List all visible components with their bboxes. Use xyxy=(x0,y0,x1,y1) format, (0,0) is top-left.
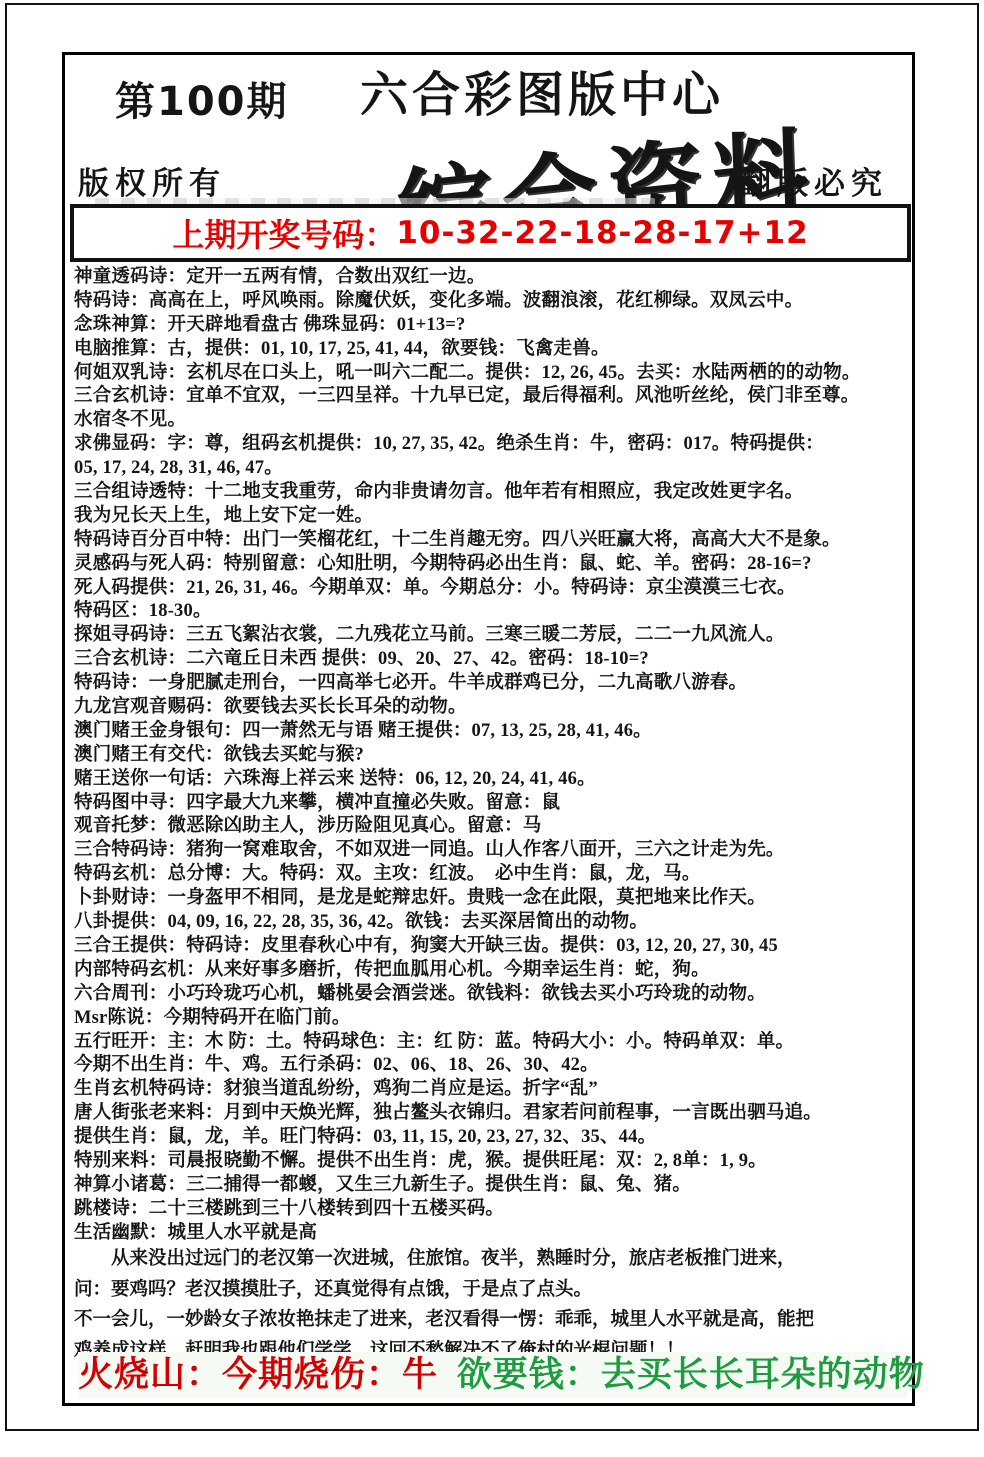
body-line: 死人码提供：21, 26, 31, 46。今期单双：单。今期总分：小。特码诗：京… xyxy=(74,577,907,601)
body-line: 三合玄机诗：宜单不宜双，一三四呈祥。十九早已定，最后得福利。风池听丝纶，侯门非至… xyxy=(74,385,907,409)
body-line: 特别来料：司晨报晓勤不懈。提供不出生肖：虎，猴。提供旺尾：双：2, 8单：1, … xyxy=(74,1150,907,1174)
last-draw-label: 上期开奖号码： xyxy=(172,210,396,256)
body-line: 六合周刊：小巧玲珑巧心机，蟠桃晏会酒尝迷。欲钱料：欲钱去买小巧玲珑的动物。 xyxy=(74,983,907,1007)
body-line: 生肖玄机特码诗：豺狼当道乱纷纷，鸡狗二肖应是运。折字“乱” xyxy=(74,1078,907,1102)
body-line: 念珠神算：开天辟地看盘古 佛珠显码：01+13=? xyxy=(74,314,907,338)
copyright-right: 翻版必究 xyxy=(740,158,888,203)
body-text-block: 神童透码诗：定开一五两有情，合数出双红一边。特码诗：高高在上，呼风唤雨。除魔伏妖… xyxy=(74,266,907,1246)
body-line: 05, 17, 24, 28, 31, 46, 47。 xyxy=(74,457,907,481)
body-line: 内部特码玄机：从来好事多磨折，传把血胍用心机。今期幸运生肖：蛇，狗。 xyxy=(74,959,907,983)
last-draw-numbers: 10-32-22-18-28-17+12 xyxy=(396,215,808,251)
body-line: 卜卦财诗：一身盔甲不相同，是龙是蛇辩忠奸。贵贱一念在此限，莫把地来比作天。 xyxy=(74,887,907,911)
body-line: 八卦提供：04, 09, 16, 22, 28, 35, 36, 42。欲钱：去… xyxy=(74,911,907,935)
body-line: 唐人街张老来料：月到中天焕光辉，独占鳌头衣锦归。君家若问前程事，一言既出驷马追。 xyxy=(74,1102,907,1126)
body-line: 提供生肖：鼠，龙，羊。旺门特码：03, 11, 15, 20, 23, 27, … xyxy=(74,1126,907,1150)
body-line: 特码诗百分百中特：出门一笑榴花红，十二生肖趣无穷。四八兴旺赢大将，高高大大不是象… xyxy=(74,529,907,553)
body-line: 电脑推算：古，提供：01, 10, 17, 25, 41, 44，欲要钱：飞禽走… xyxy=(74,338,907,362)
body-line: 跳楼诗：二十三楼跳到三十八楼转到四十五楼买码。 xyxy=(74,1198,907,1222)
humor-line: 问：要鸡吗？老汉摸摸肚子，还真觉得有点饿，于是点了点头。 xyxy=(74,1275,907,1306)
body-line: 澳门赌王金身银句：四一萧然无与语 赌王提供：07, 13, 25, 28, 41… xyxy=(74,720,907,744)
body-line: 特码区：18-30。 xyxy=(74,600,907,624)
body-line: 五行旺开：主：木 防：土。特码球色：主：红 防：蓝。特码大小：小。特码单双：单。 xyxy=(74,1031,907,1055)
body-line: 特码诗：一身肥腻走刑台，一四高举七必开。牛羊成群鸡已分，二九高歌八游春。 xyxy=(74,672,907,696)
body-line: 九龙宫观音赐码：欲要钱去买长长耳朵的动物。 xyxy=(74,696,907,720)
body-line: 探姐寻码诗：三五飞絮沾衣裳，二九残花立马前。三寒三暖二芳辰，二二一九风流人。 xyxy=(74,624,907,648)
humor-paragraph: 从来没出过远门的老汉第一次进城，住旅馆。夜半，熟睡时分，旅店老板推门进来，问：要… xyxy=(74,1244,907,1366)
body-line: 神童透码诗：定开一五两有情，合数出双红一边。 xyxy=(74,266,907,290)
last-draw-box: 上期开奖号码： 10-32-22-18-28-17+12 xyxy=(70,204,911,262)
body-line: 特码玄机：总分博：大。特码：双。主攻：红波。 必中生肖：鼠，龙，马。 xyxy=(74,863,907,887)
body-line: 赌王送你一句话：六珠海上祥云来 送特：06, 12, 20, 24, 41, 4… xyxy=(74,768,907,792)
body-line: 三合玄机诗：二六竜丘日未西 提供：09、20、27、42。密码：18-10=? xyxy=(74,648,907,672)
copyright-left: 版权所有 xyxy=(78,158,226,203)
body-line: 三合王提供：特码诗：皮里春秋心中有，狗窦大开缺三齿。提供：03, 12, 20,… xyxy=(74,935,907,959)
body-line: 澳门赌王有交代：欲钱去买蛇与猴? xyxy=(74,744,907,768)
body-line: 特码诗：高高在上，呼风唤雨。除魔伏妖，变化多端。波翻浪滚，花红柳绿。双凤云中。 xyxy=(74,290,907,314)
issue-number: 第100期 xyxy=(115,70,289,127)
body-line: 特码图中寻：四字最大九来攀，横冲直撞必失败。留意：鼠 xyxy=(74,792,907,816)
body-line: 三合组诗透特：十二地支我重劳，命内非贵请勿言。他年若有相照应，我定改姓更字名。 xyxy=(74,481,907,505)
body-line: 求佛显码：字：尊，组码玄机提供：10, 27, 35, 42。绝杀生肖：牛，密码… xyxy=(74,433,907,457)
body-line: 今期不出生肖：牛、鸡。五行杀码：02、06、18、26、30、42。 xyxy=(74,1054,907,1078)
body-line: 神算小诸葛：三二捕得一都蝬，又生三九新生子。提供生肖：鼠、兔、猪。 xyxy=(74,1174,907,1198)
lottery-info-sheet: 第100期 六合彩图版中心 综合资料 版权所有 翻版必究 上期开奖号码： 10-… xyxy=(0,0,984,1457)
footer-banner: 火烧山：今期烧伤：牛 欲要钱：去买长长耳朵的动物 xyxy=(78,1352,907,1398)
body-line: 生活幽默：城里人水平就是高 xyxy=(74,1222,907,1246)
banner-red-text: 火烧山：今期烧伤：牛 xyxy=(78,1355,438,1394)
humor-line: 不一会儿，一妙龄女子浓妆艳抹走了进来，老汉看得一愣：乖乖，城里人水平就是高，能把 xyxy=(74,1305,907,1336)
body-line: 何姐双乳诗：玄机尽在口头上，吼一叫六二配二。提供：12, 26, 45。去买：水… xyxy=(74,362,907,386)
body-line: 观音托梦：微恶除凶助主人，涉历险阻见真心。留意：马 xyxy=(74,815,907,839)
body-line: 我为兄长天上生，地上安下定一姓。 xyxy=(74,505,907,529)
body-line: 三合特码诗：猪狗一窝难取舍，不如双进一同追。山人作客八面开，三六之计走为先。 xyxy=(74,839,907,863)
body-line: 灵感码与死人码：特别留意：心知肚明，今期特码必出生肖：鼠、蛇、羊。密码：28-1… xyxy=(74,553,907,577)
humor-line: 从来没出过远门的老汉第一次进城，住旅馆。夜半，熟睡时分，旅店老板推门进来， xyxy=(74,1244,907,1275)
body-line: Msr陈说：今期特码开在临门前。 xyxy=(74,1007,907,1031)
body-line: 水宿冬不见。 xyxy=(74,409,907,433)
banner-green-text: 欲要钱：去买长长耳朵的动物 xyxy=(457,1355,925,1394)
